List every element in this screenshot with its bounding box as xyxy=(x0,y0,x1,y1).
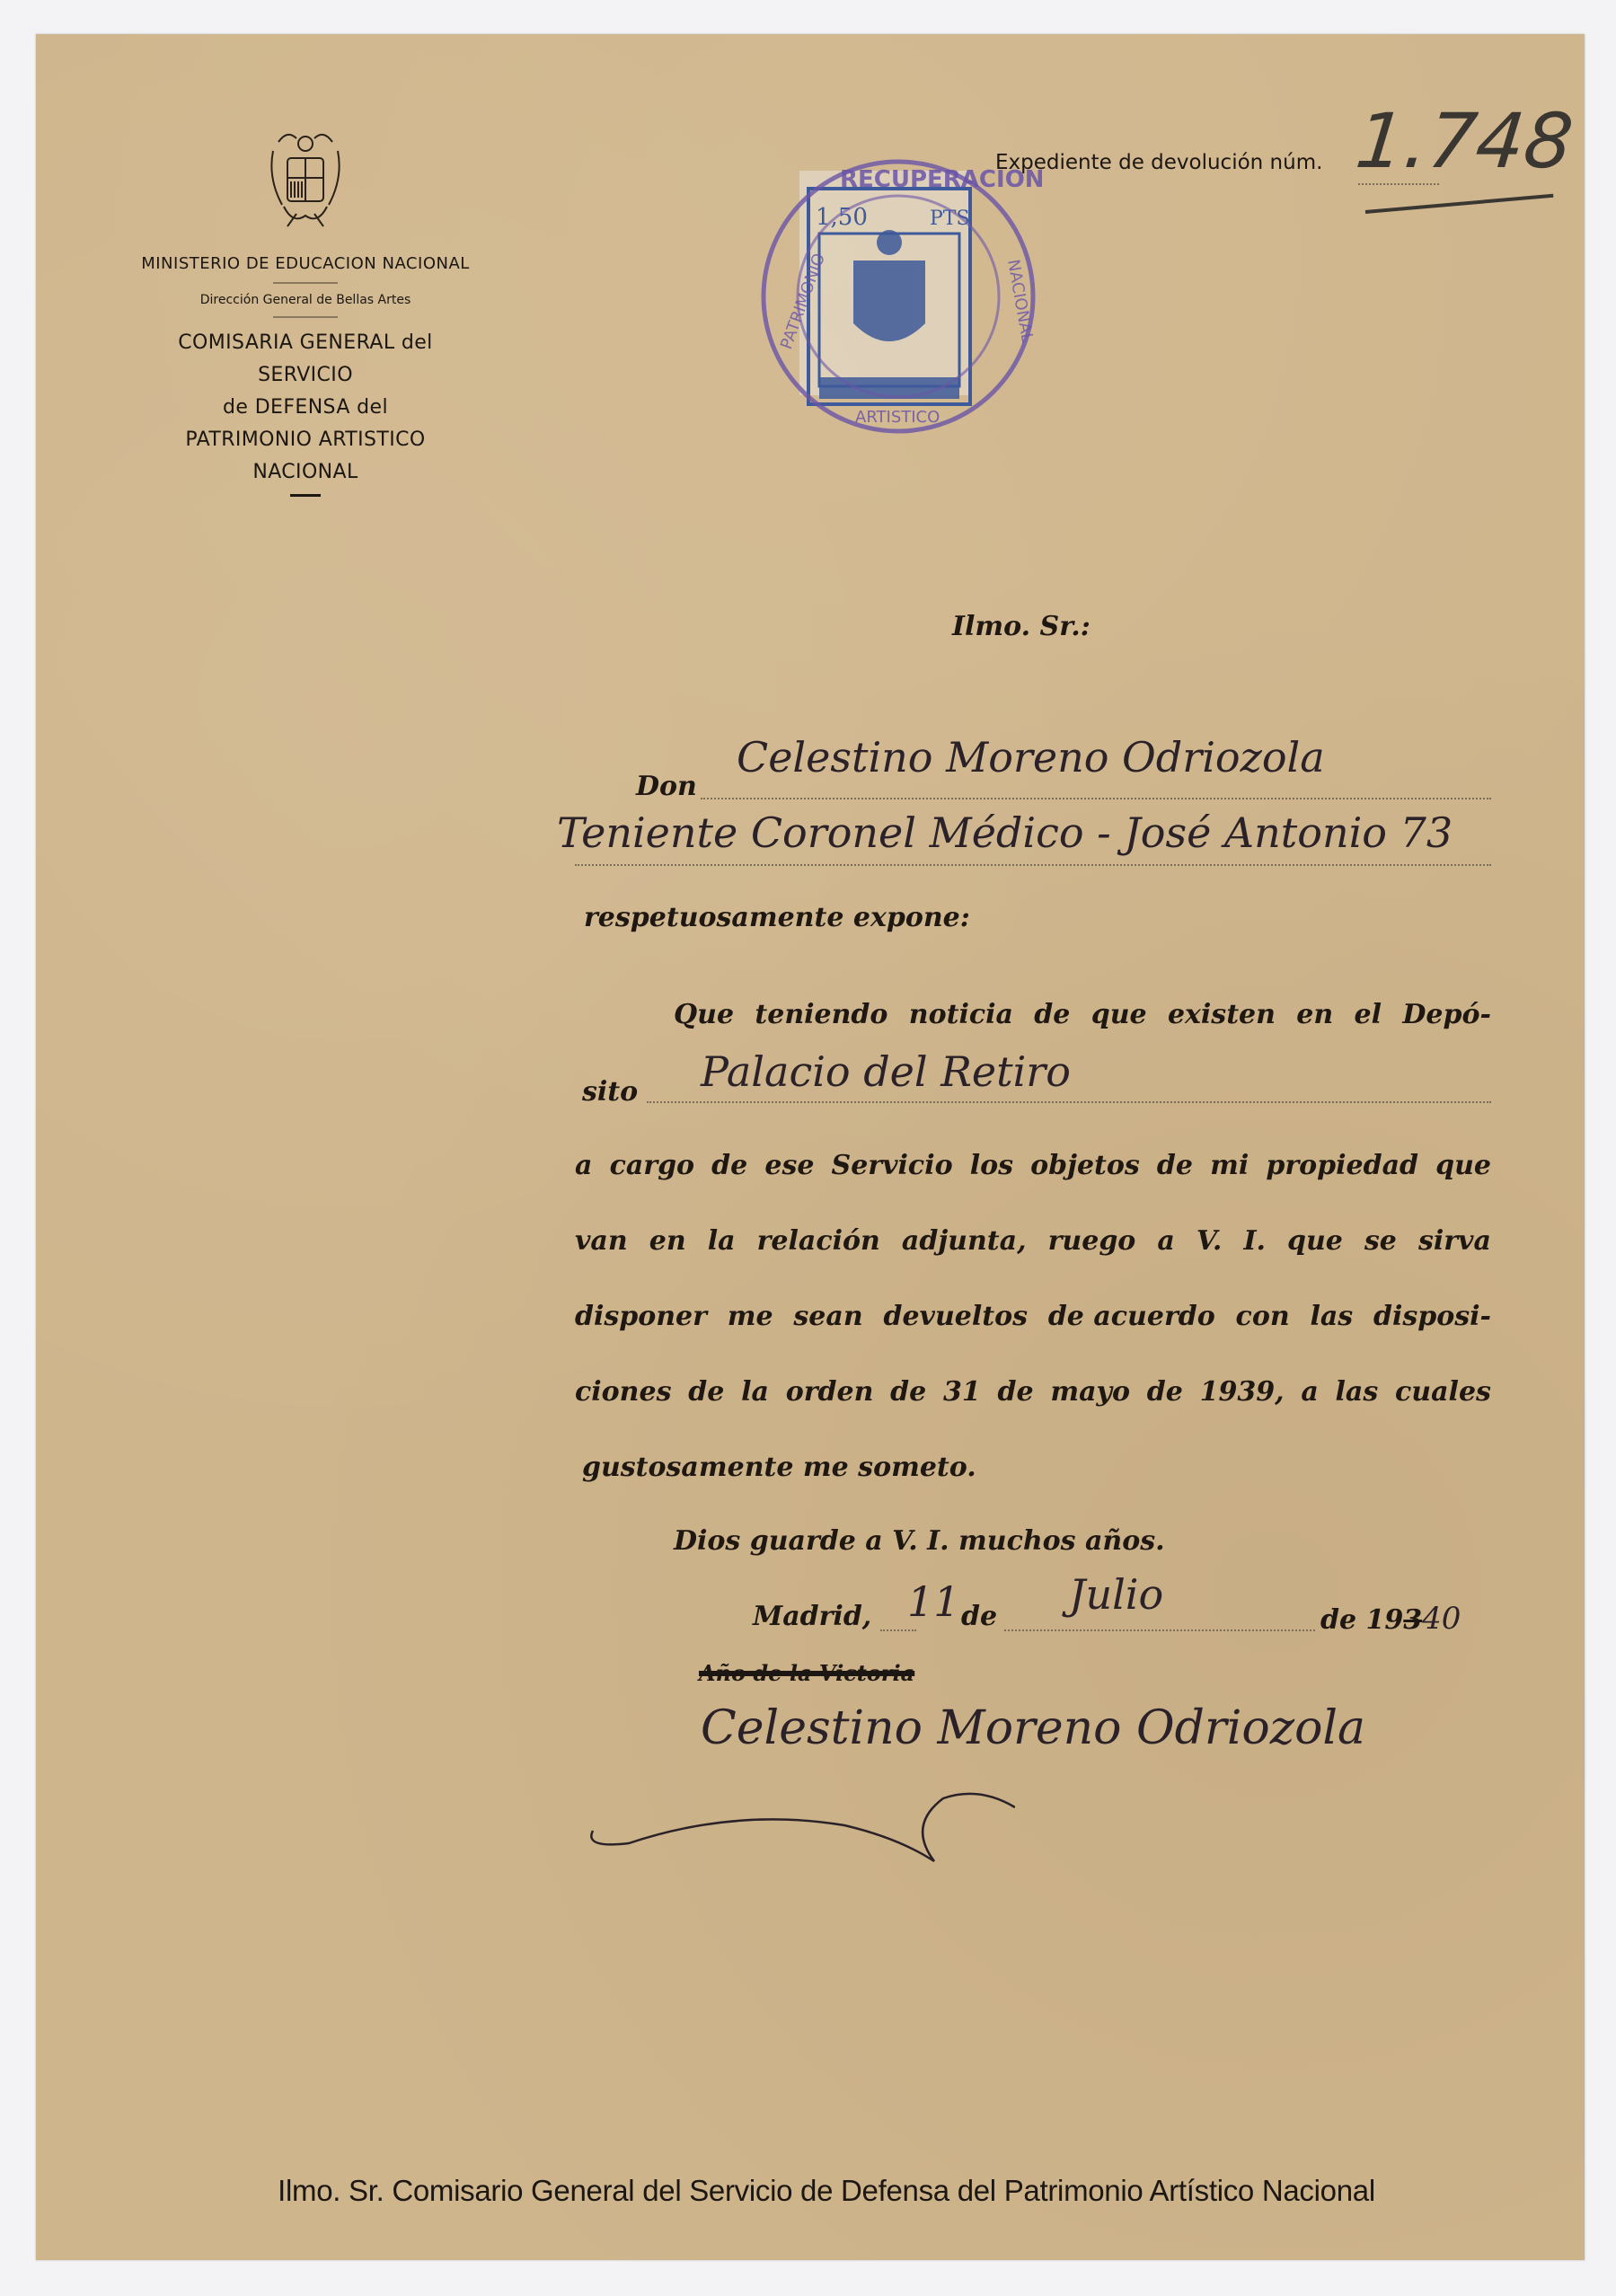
body-line-3: acargodeeseServiciolosobjetosdemipropied… xyxy=(575,1150,1491,1181)
body-line-6: cionesdelaordende31demayode1939,alascual… xyxy=(575,1376,1491,1408)
deposito-field-line xyxy=(647,1101,1491,1103)
signature-flourish-icon xyxy=(584,1786,1015,1867)
expediente-underline xyxy=(1365,194,1554,214)
ministry-name: MINISTERIO DE EDUCACION NACIONAL xyxy=(135,254,476,273)
sito-label: sito xyxy=(582,1076,638,1108)
petitioner-occupation-address: Teniente Coronel Médico - José Antonio 7… xyxy=(557,808,1453,857)
date-place-label: Madrid, xyxy=(753,1601,871,1632)
month-field-line xyxy=(1004,1629,1315,1631)
revenue-stamp-icon: 1,50 PTS RECUPERACION ARTISTICO PATRIMON… xyxy=(755,153,1042,440)
letterhead: MINISTERIO DE EDUCACION NACIONAL Direcci… xyxy=(135,124,476,497)
name-field-line xyxy=(701,798,1491,799)
date-year: de 19340 xyxy=(1320,1601,1461,1637)
footer-addressee: Ilmo. Sr. Comisario General del Servicio… xyxy=(162,2174,1491,2208)
svg-text:ARTISTICO: ARTISTICO xyxy=(855,408,940,427)
body-line-1: QueteniendonoticiadequeexistenenelDepó- xyxy=(674,999,1491,1030)
divider xyxy=(273,316,338,318)
petitioner-name: Celestino Moreno Odriozola xyxy=(737,733,1325,782)
divider xyxy=(273,282,338,284)
year-prefix: de 19 xyxy=(1320,1604,1403,1636)
salutation: Ilmo. Sr.: xyxy=(952,611,1091,642)
comisaria-line-1: COMISARIA GENERAL del SERVICIO xyxy=(135,327,476,392)
deposito-name: Palacio del Retiro xyxy=(701,1047,1071,1096)
expediente-number: 1.748 xyxy=(1352,97,1577,185)
body-line-4: vanenlarelaciónadjunta,ruegoaV.I.quesesi… xyxy=(575,1225,1491,1257)
day-field-line xyxy=(880,1629,916,1631)
comisaria-line-3: PATRIMONIO ARTISTICO NACIONAL xyxy=(135,424,476,489)
document-page: MINISTERIO DE EDUCACION NACIONAL Direcci… xyxy=(36,34,1585,2260)
expediente-label: Expediente de devolución núm. xyxy=(995,151,1322,174)
expone-label: respetuosamente expone: xyxy=(584,902,970,933)
occupation-address-field-line xyxy=(575,864,1491,866)
body-line-7: gustosamente me someto. xyxy=(582,1452,976,1483)
body-line-5: disponermeseandevueltosde acuerdoconlasd… xyxy=(575,1301,1491,1332)
date-month: Julio xyxy=(1069,1570,1163,1619)
coat-of-arms-icon xyxy=(261,124,350,232)
don-label: Don xyxy=(636,771,697,802)
comisaria-line-2: de DEFENSA del xyxy=(135,392,476,424)
divider xyxy=(290,494,321,497)
closing-formula: Dios guarde a V. I. muchos años. xyxy=(674,1525,1165,1557)
direccion-general: Dirección General de Bellas Artes xyxy=(135,293,476,307)
signature: Celestino Moreno Odriozola xyxy=(701,1701,1365,1755)
date-de-label: de xyxy=(961,1601,997,1632)
year-struck-digit: 3 xyxy=(1403,1604,1422,1636)
svg-text:1,50: 1,50 xyxy=(816,204,868,231)
date-day: 11 xyxy=(907,1577,960,1626)
struck-ano-de-la-victoria: Año de la Victoria xyxy=(699,1660,914,1686)
year-handwritten: 40 xyxy=(1422,1601,1461,1637)
